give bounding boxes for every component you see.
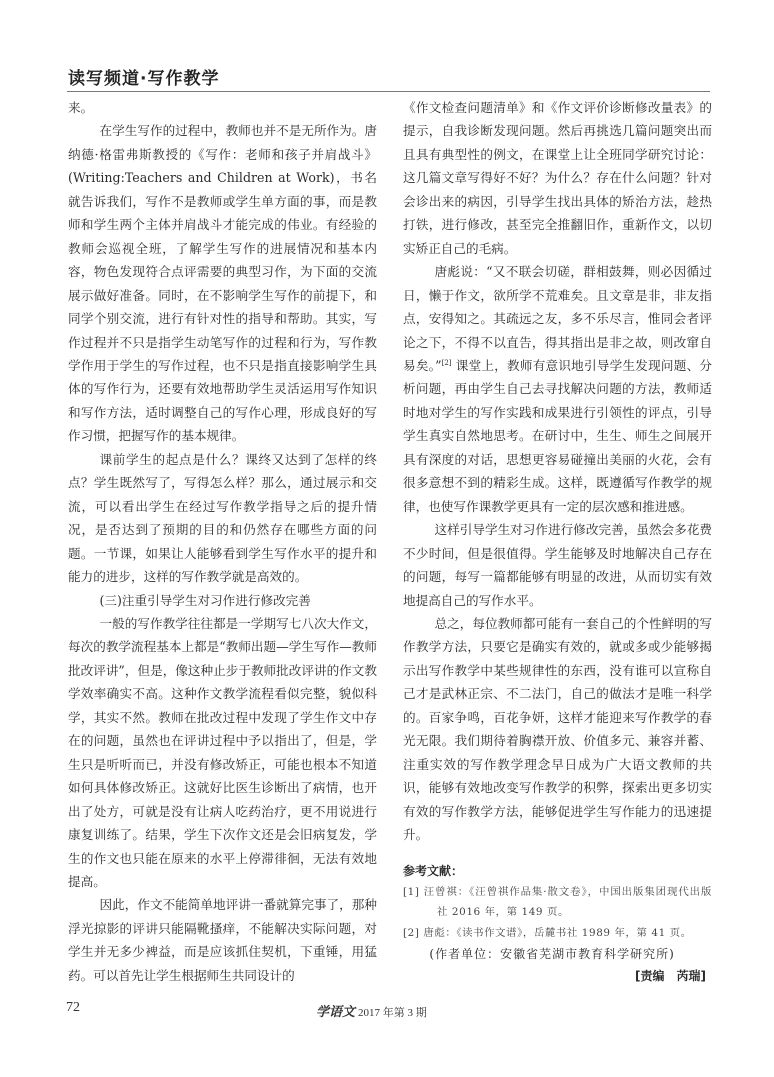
journal-issue: 2017 年第 3 期 — [358, 1007, 427, 1019]
paragraph: 来。 — [68, 96, 377, 119]
page-number: 72 — [66, 1000, 80, 1016]
reference-item: [1] 汪曾祺：《汪曾祺作品集·散文卷》，中国出版集团现代出版社 2016 年，… — [403, 882, 712, 923]
quote-text: 唐彪说：“又不联会切磋，群相鼓舞，则必因循过日，懒于作文，欲所学不荒难矣。且文章… — [403, 264, 712, 373]
paragraph: 在学生写作的过程中，教师也并不是无所作为。唐纳德·格雷弗斯教授的《写作：老师和孩… — [68, 119, 377, 447]
right-column: 《作文检查问题清单》和《作文评价诊断修改量表》的提示，自我诊断发现问题。然后再挑… — [403, 96, 712, 987]
section-header-title: 读写频道·写作教学 — [68, 64, 219, 89]
footnote-marker[interactable]: [2] — [442, 359, 452, 367]
header-divider — [67, 91, 710, 92]
paragraph: 《作文检查问题清单》和《作文评价诊断修改量表》的提示，自我诊断发现问题。然后再挑… — [403, 96, 712, 260]
editor-credit: [责编 芮瑞] — [403, 965, 712, 987]
paragraph-continuation: 课堂上，教师有意识地引导学生发现问题、分析问题，再由学生自己去寻找解决问题的方法… — [403, 358, 712, 514]
paragraph: 这样引导学生对习作进行修改完善，虽然会多花费不少时间，但是很值得。学生能够及时地… — [403, 518, 712, 612]
paragraph: 一般的写作教学往往都是一学期写七八次大作文，每次的教学流程基本上都是“教师出题—… — [68, 612, 377, 893]
reference-item: [2] 唐彪：《读书作文谱》，岳麓书社 1989 年，第 41 页。 — [403, 923, 712, 944]
paragraph: 课前学生的起点是什么？课终又达到了怎样的终点？学生既然写了，写得怎么样？那么，通… — [68, 448, 377, 589]
section-heading: (三)注重引导学生对习作进行修改完善 — [68, 589, 377, 612]
paragraph: 总之，每位教师都可能有一套自己的个性鲜明的写作教学方法，只要它是确实有效的，就或… — [403, 612, 712, 847]
journal-footer: 学语文2017 年第 3 期 — [316, 1001, 427, 1020]
paragraph-with-citation: 唐彪说：“又不联会切磋，群相鼓舞，则必因循过日，懒于作文，欲所学不荒难矣。且文章… — [403, 260, 712, 518]
paragraph: 因此，作文不能简单地评讲一番就算完事了，那种浮光掠影的评讲只能隔靴搔痒，不能解决… — [68, 893, 377, 987]
left-column: 来。 在学生写作的过程中，教师也并不是无所作为。唐纳德·格雷弗斯教授的《写作：老… — [68, 96, 377, 987]
author-affiliation: (作者单位：安徽省芜湖市教育科学研究所) — [403, 943, 712, 965]
journal-name: 学语文 — [316, 1004, 355, 1019]
references-title: 参考文献： — [403, 860, 712, 882]
